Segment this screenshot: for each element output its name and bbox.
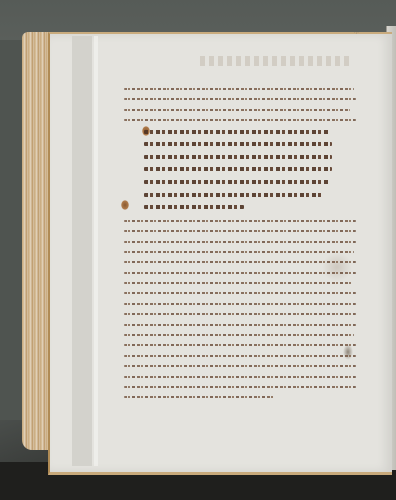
text-line: [Greek minuscule line 5] xyxy=(124,257,356,267)
text-line: [Greek text, larger script, line 5] xyxy=(144,176,356,189)
text-block: [Greek minuscule line 1] [Greek minuscul… xyxy=(124,84,356,403)
gutter-highlight-strip xyxy=(94,36,98,466)
gutter-shadow-strip xyxy=(72,36,92,466)
text-line: [Greek minuscule line 15] xyxy=(124,361,356,371)
text-line: [Greek text, larger script, line 7] xyxy=(144,201,356,214)
text-line: [Greek text, larger script, line 3] xyxy=(144,151,356,164)
text-line: [Greek text, larger script, line 2] xyxy=(144,138,356,151)
text-line: [Greek minuscule line 10] xyxy=(124,309,356,319)
text-line: [Greek minuscule line 16] xyxy=(124,372,356,382)
text-line: [Greek minuscule line 2] xyxy=(124,94,356,104)
text-line: [Greek minuscule line 1] xyxy=(124,84,356,94)
text-line: [Greek minuscule line 2] xyxy=(124,226,356,236)
text-line: [Greek minuscule line 7] xyxy=(124,278,356,288)
text-line: [Greek minuscule line 3] xyxy=(124,105,356,115)
text-line: [Greek minuscule line 6] xyxy=(124,268,356,278)
text-line: [Greek minuscule line 4] xyxy=(124,247,356,257)
text-line: [Greek minuscule line 17] xyxy=(124,382,356,392)
text-line: [Greek minuscule line 9] xyxy=(124,299,356,309)
text-line: [Greek minuscule line 3] xyxy=(124,237,356,247)
text-line: [Greek minuscule line 1] xyxy=(124,216,356,226)
text-line: [Greek text, larger script, line 6] xyxy=(144,189,356,202)
folio-mark: ·:· xyxy=(354,30,359,36)
text-line: [Greek minuscule line 12] xyxy=(124,330,356,340)
text-line: [Greek minuscule line 4] xyxy=(124,115,356,125)
faint-offset-text xyxy=(200,56,350,66)
text-line: [Greek minuscule line 13] xyxy=(124,340,356,350)
text-line: [Greek text, larger script, line 4] xyxy=(144,163,356,176)
text-line: [Greek minuscule line 14] xyxy=(124,351,356,361)
text-line: [Greek text, larger script, line 1] xyxy=(144,126,356,139)
text-line: [Greek minuscule line 11] xyxy=(124,320,356,330)
text-line: [Greek minuscule line 18] xyxy=(124,392,356,402)
text-line: [Greek minuscule line 8] xyxy=(124,288,356,298)
